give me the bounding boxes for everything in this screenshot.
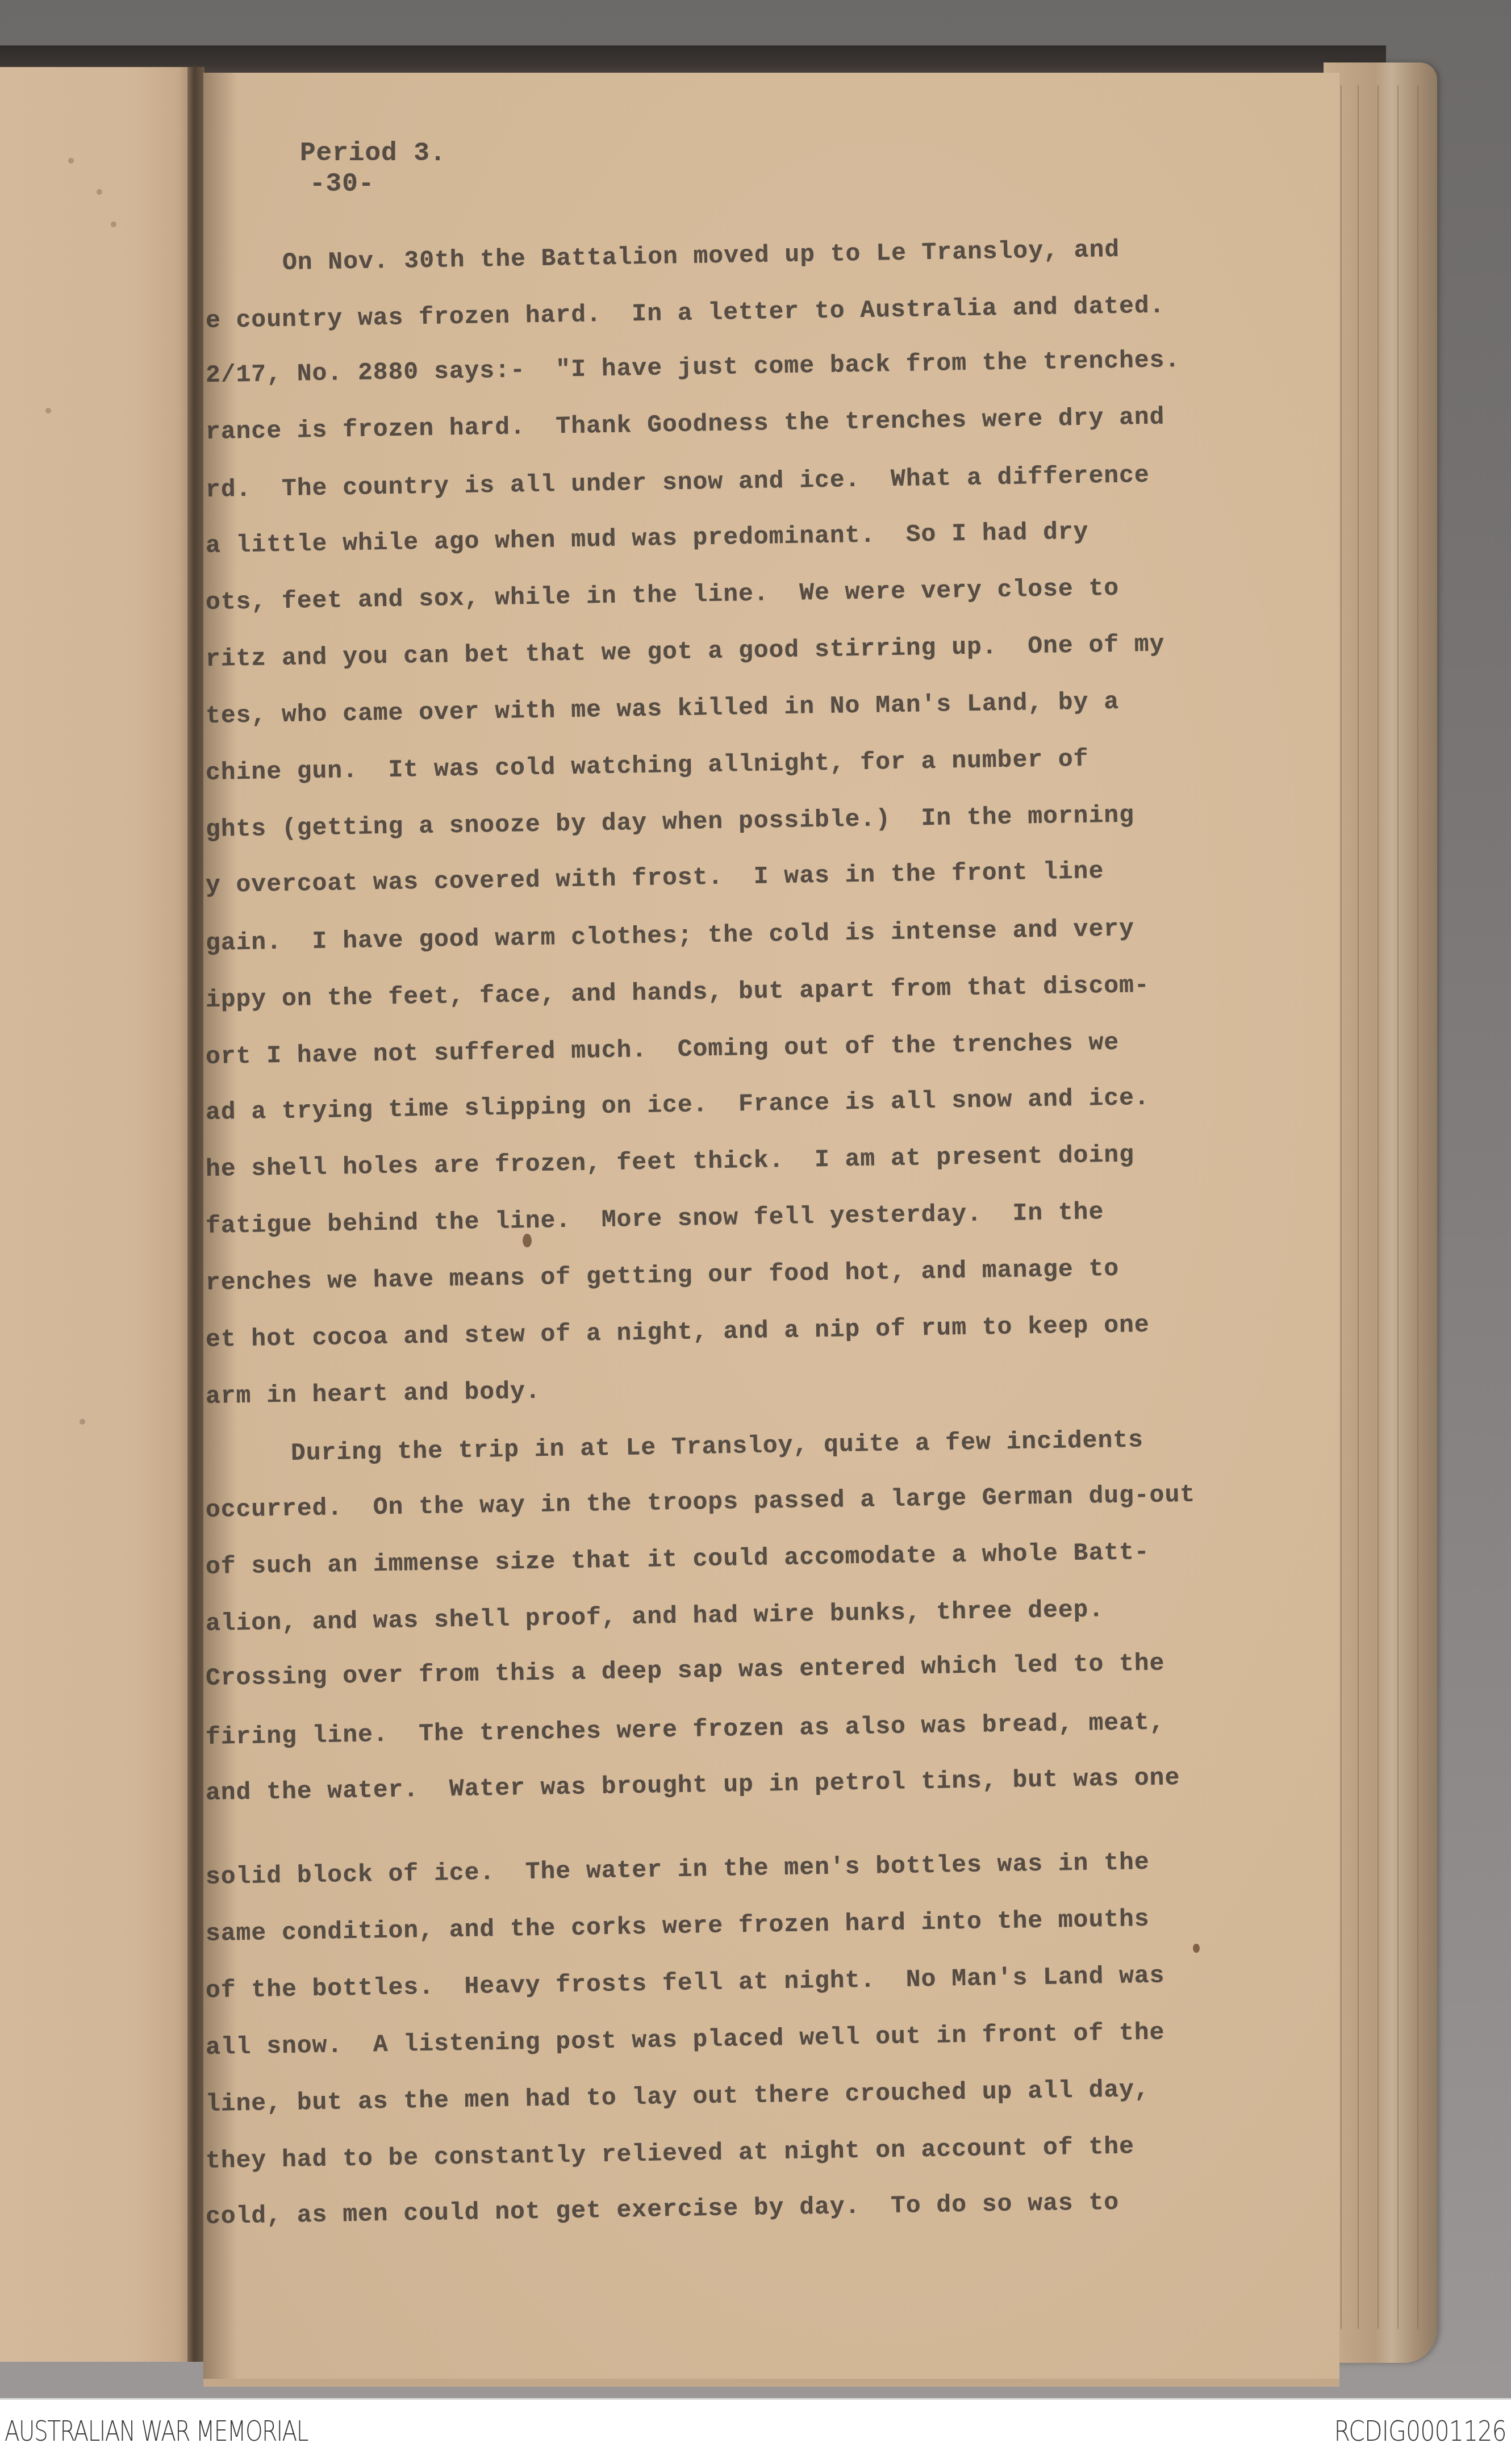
paper-spot bbox=[45, 408, 51, 414]
book-gutter bbox=[187, 67, 204, 2362]
organization-name: AUSTRALIAN WAR MEMORIAL bbox=[5, 2415, 308, 2448]
left-blank-page bbox=[0, 67, 193, 2362]
record-id: RCDIG0001126 bbox=[1334, 2415, 1506, 2448]
scanned-book-image: Period 3. -30- On Nov. 30th the Battalio… bbox=[0, 0, 1511, 2398]
page-stack-edge bbox=[1324, 62, 1437, 2363]
section-title: Period 3. bbox=[300, 139, 446, 168]
caption-footer: AUSTRALIAN WAR MEMORIAL RCDIG0001126 bbox=[0, 2398, 1511, 2464]
ink-stain bbox=[1193, 1944, 1200, 1953]
paper-spot bbox=[97, 189, 102, 195]
ink-stain bbox=[523, 1234, 532, 1247]
page-edge-line bbox=[1397, 85, 1399, 2329]
typed-line: arm in heart and body. bbox=[206, 1377, 541, 1410]
page-edge-line bbox=[1417, 85, 1418, 2329]
page-edge-line bbox=[1378, 85, 1379, 2329]
book-top-edge bbox=[0, 45, 1386, 75]
paper-spot bbox=[68, 158, 74, 164]
page-edge-line bbox=[1341, 85, 1342, 2329]
page-edge-line bbox=[1358, 85, 1359, 2329]
paper-spot bbox=[111, 222, 116, 227]
paper-spot bbox=[80, 1419, 85, 1425]
page-number: -30- bbox=[310, 169, 374, 199]
